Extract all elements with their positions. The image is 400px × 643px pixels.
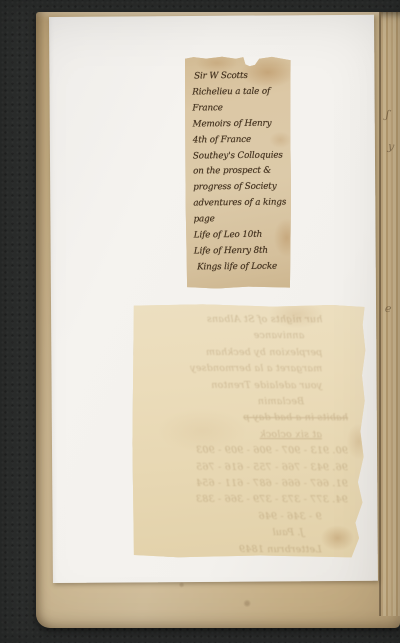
show-through-line: Beclamin: [158, 394, 304, 411]
photograph-of-album-page: ʃ y e Sir W Scotts Richelieu a tale of F…: [0, 0, 400, 643]
show-through-line: 91. 667 - 666 - 687 - 611 - 654: [158, 476, 348, 493]
handwriting-line: Kings life of Locke: [197, 259, 289, 276]
show-through-line: margaret a la bermondsey: [158, 361, 322, 378]
handwriting-line: Life of Leo 10th: [194, 228, 289, 245]
show-through-line: annivance: [158, 328, 304, 345]
handwritten-book-list: Sir W Scotts Richelieu a tale of France …: [184, 55, 292, 276]
handwriting-line: page: [193, 212, 288, 229]
mirrored-show-through-text: hur nights of St Albans annivance perple…: [132, 304, 367, 559]
handwriting-trace: y: [387, 140, 395, 154]
handwriting-line: Southey's Colloquies: [193, 148, 288, 165]
facing-page-edge: ʃ y e: [379, 12, 400, 616]
show-through-line: your adelaide Trenton: [158, 377, 322, 394]
show-through-line: Letterbrun 1849: [158, 541, 322, 558]
show-through-line: at six oclock: [158, 427, 322, 444]
show-through-line: J. Paul: [158, 525, 304, 542]
show-through-line: habits in a bad day p: [158, 410, 348, 427]
show-through-line: 96. 943 - 766 - 755 - 616 - 765: [158, 459, 348, 476]
show-through-line: 94. 377 - 373 - 379 - 366 - 383: [158, 492, 348, 509]
handwriting-line: 4th of France: [193, 132, 288, 149]
show-through-line: hur nights of St Albans: [158, 312, 322, 329]
handwriting-line: France: [192, 100, 287, 117]
show-through-line: 9 - 346 - 946: [158, 509, 322, 526]
bottom-manuscript-slip: hur nights of St Albans annivance perple…: [132, 304, 367, 559]
handwriting-line: Richelieu a tale of: [192, 84, 287, 101]
handwriting-line: adventures of a kings: [193, 196, 288, 213]
handwriting-trace: ʃ: [385, 108, 390, 121]
handwriting-line: Sir W Scotts: [194, 68, 287, 85]
handwriting-line: Life of Henry 8th: [194, 243, 289, 260]
handwriting-line: progress of Society: [193, 180, 288, 197]
handwriting-trace: e: [384, 302, 392, 316]
show-through-line: 90. 913 - 907 - 906 - 909 - 903: [158, 443, 348, 460]
show-through-line: perplexion by beckham: [158, 344, 322, 361]
handwriting-line: Memoirs of Henry: [192, 116, 287, 133]
handwriting-line: on the prospect &: [193, 164, 288, 181]
top-manuscript-slip: Sir W Scotts Richelieu a tale of France …: [185, 56, 291, 289]
